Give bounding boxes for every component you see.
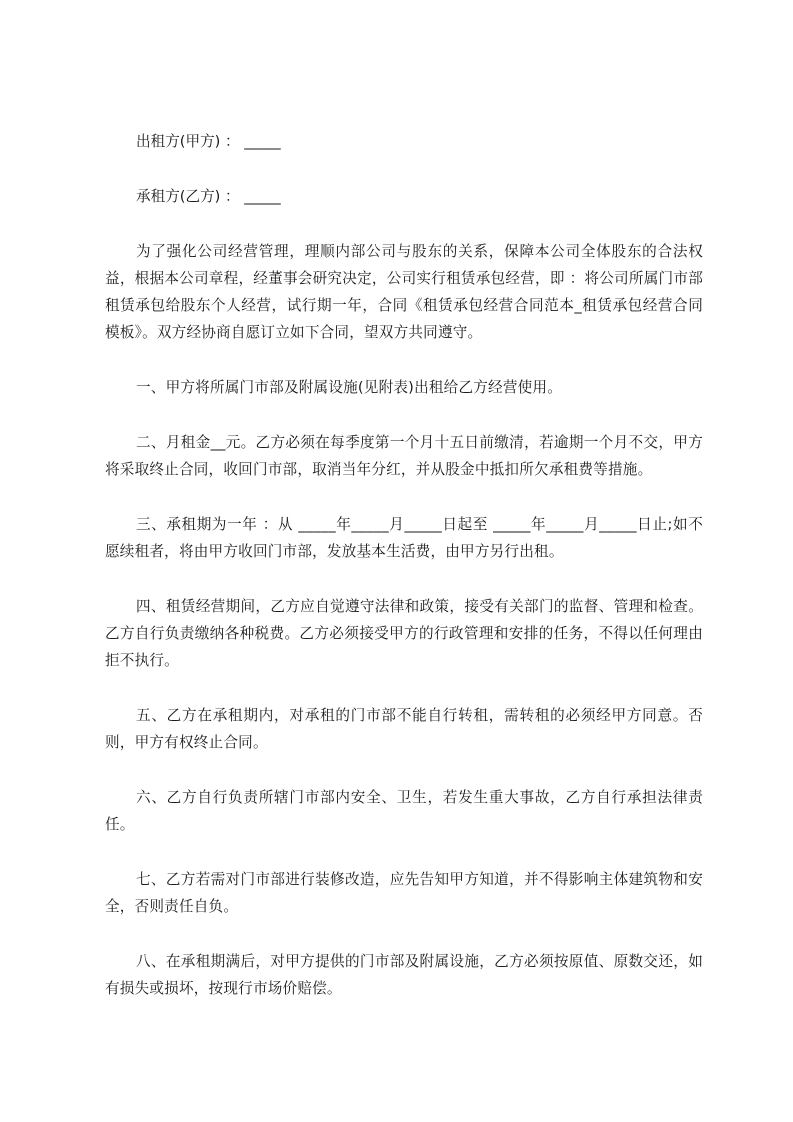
lessor-label: 出租方(甲方) ：	[136, 133, 240, 150]
lessee-blank: _____	[244, 188, 280, 205]
lessee-label: 承租方(乙方) ：	[136, 188, 240, 205]
lessee-line: 承租方(乙方) ： _____	[105, 183, 703, 210]
clause-7: 七、乙方若需对门市部进行装修改造，应先告知甲方知道，并不得影响主体建筑物和安全，…	[105, 866, 703, 920]
preamble-paragraph: 为了强化公司经营管理，理顺内部公司与股东的关系，保障本公司全体股东的合法权益，根…	[105, 238, 703, 346]
clause-4: 四、租赁经营期间，乙方应自觉遵守法律和政策，接受有关部门的监督、管理和检查。乙方…	[105, 593, 703, 674]
clause-5: 五、乙方在承租期内，对承租的门市部不能自行转租，需转租的必须经甲方同意。否则，甲…	[105, 702, 703, 756]
clause-6: 六、乙方自行负责所辖门市部内安全、卫生，若发生重大事故，乙方自行承担法律责任。	[105, 784, 703, 838]
clause-1: 一、甲方将所属门市部及附属设施(见附表)出租给乙方经营使用。	[105, 374, 703, 401]
lessor-line: 出租方(甲方) ： _____	[105, 128, 703, 155]
clause-8: 八、在承租期满后，对甲方提供的门市部及附属设施，乙方必须按原值、原数交还，如有损…	[105, 948, 703, 1002]
clause-2: 二、月租金__元。乙方必须在每季度第一个月十五日前缴清，若逾期一个月不交，甲方将…	[105, 429, 703, 483]
document-page: 出租方(甲方) ： _____ 承租方(乙方) ： _____ 为了强化公司经营…	[105, 128, 703, 1030]
lessor-blank: _____	[244, 133, 280, 150]
clause-3: 三、承租期为一年 ：从 _____年_____月_____日起至 _____年_…	[105, 511, 703, 565]
